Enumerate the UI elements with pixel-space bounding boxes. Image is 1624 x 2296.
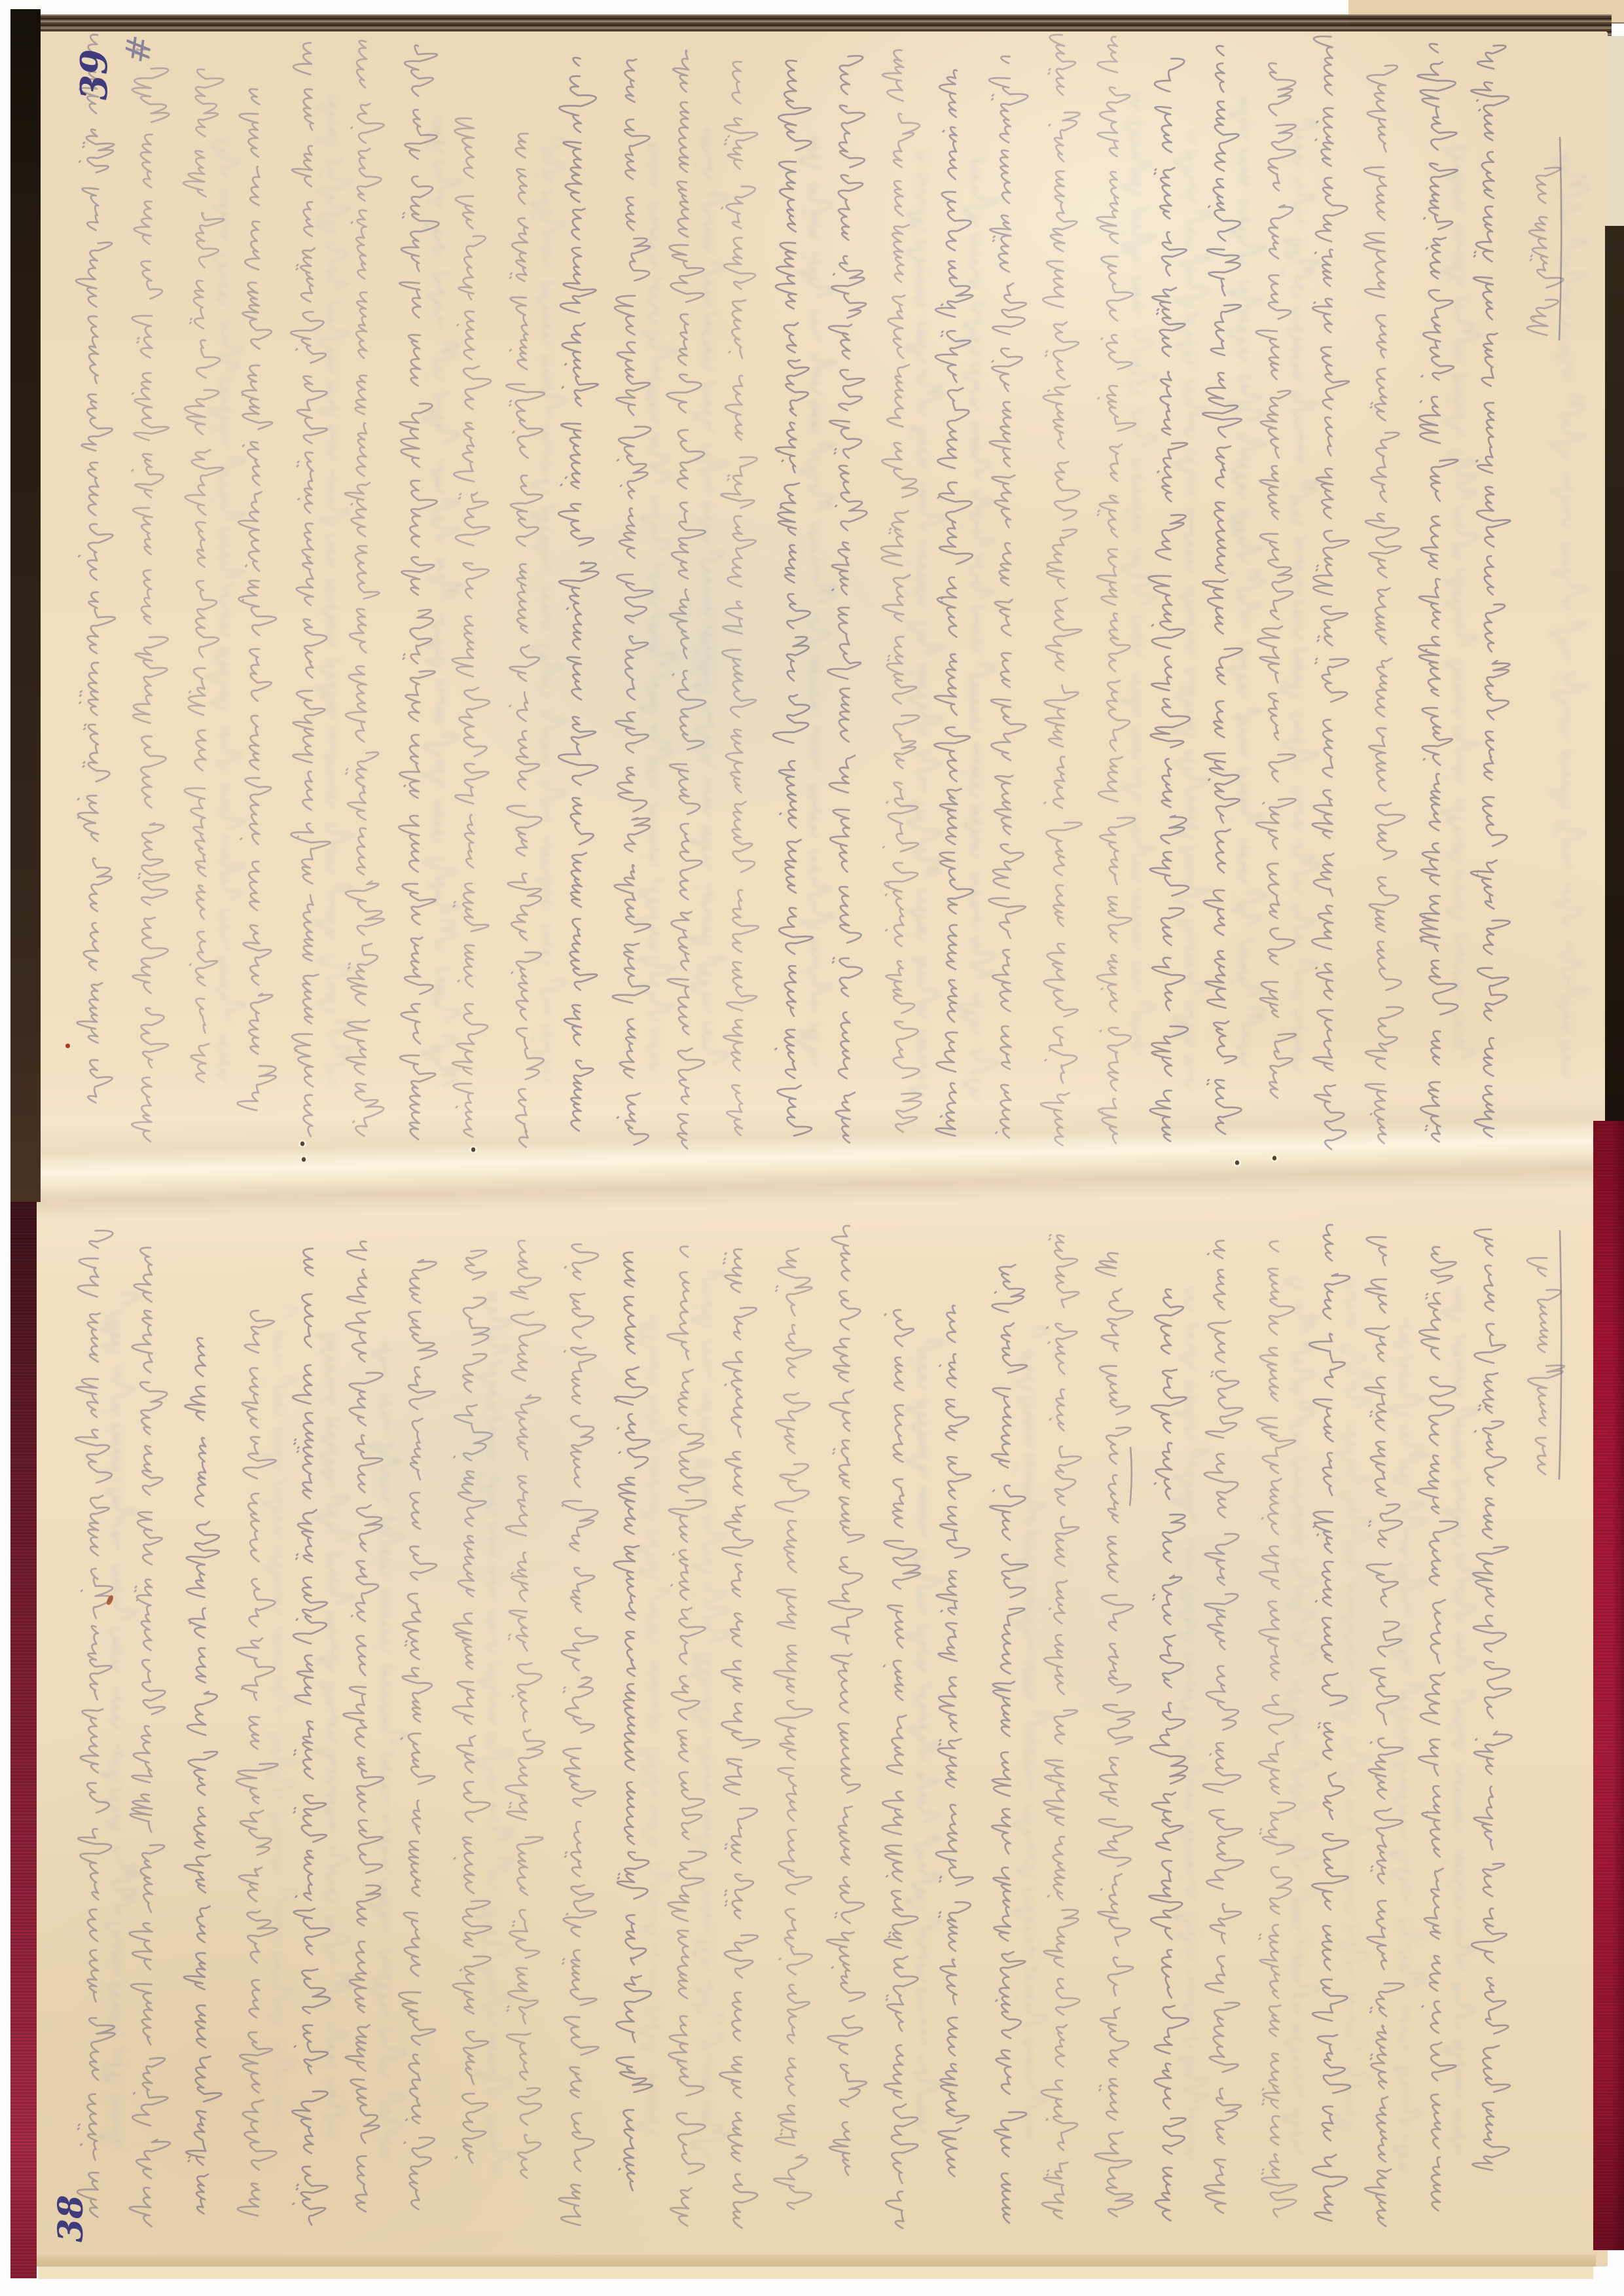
- book-edge-shadow-right: [1605, 226, 1624, 1123]
- page-number-39: 39: [73, 49, 116, 100]
- stitch-holes: [298, 1140, 1279, 1167]
- page-number-38: 38: [51, 2195, 91, 2242]
- handwriting-layer: 39 # 38: [0, 0, 1624, 2296]
- scanned-letter-spread: 39 # 38: [0, 0, 1624, 2296]
- corner-hash-mark: #: [117, 32, 160, 66]
- handwriting-page-38: [75, 1225, 1564, 2229]
- book-cover-right: [1593, 1121, 1624, 2250]
- book-edge-shadow-left: [10, 9, 41, 1202]
- book-cover-left: [10, 1202, 37, 2278]
- page-edge-right-top: [1607, 36, 1624, 229]
